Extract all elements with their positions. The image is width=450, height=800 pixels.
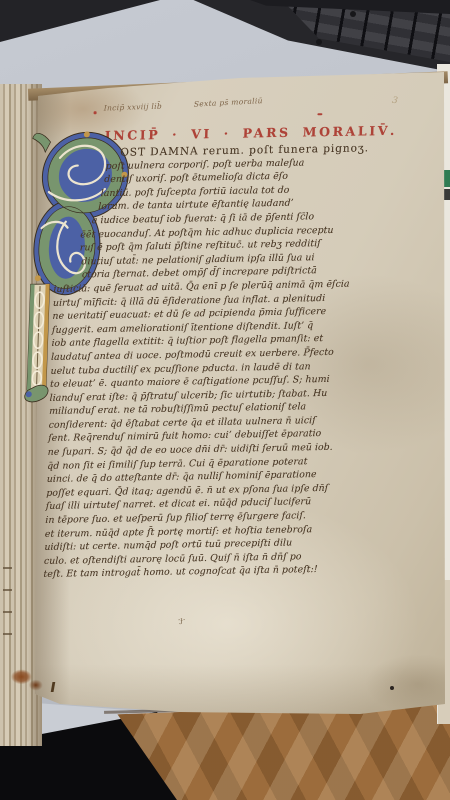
folio-number: 3 xyxy=(391,96,398,107)
dark-spot xyxy=(390,686,394,690)
shelf-screw-hole xyxy=(316,39,322,45)
photo-frame: Incip̄ xxviij lib̄ Sexta ps̄ moraliū INC… xyxy=(0,0,450,800)
quire-mark: ·ɟ· xyxy=(178,615,186,624)
text-block: Incip̄ xxviij lib̄ Sexta ps̄ moraliū INC… xyxy=(39,96,390,642)
gutter-ink-marks xyxy=(3,558,12,646)
shelf-shadow-topleft xyxy=(0,0,160,42)
body-text-lines: OST DAMNA rerum. poſt funera pignoʒ.poſt… xyxy=(41,142,388,583)
red-ink-dot xyxy=(317,113,322,115)
red-ink-dot xyxy=(94,111,97,114)
rubric-incipit: INCIP̄ · VI · PARS MORALIV̄. xyxy=(105,123,398,143)
ink-squiggle xyxy=(40,682,66,692)
header-annotation-left: Incip̄ xxviij lib̄ xyxy=(104,102,162,113)
shelf-screw-hole xyxy=(350,11,356,17)
